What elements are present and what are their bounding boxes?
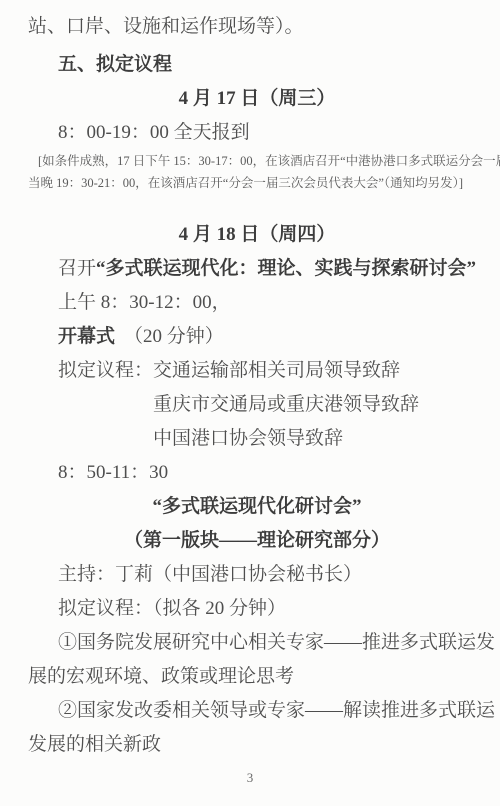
opening-title: 开幕式 bbox=[58, 326, 115, 347]
agenda-label-line: 拟定议程：（拟各 20 分钟） bbox=[28, 592, 486, 626]
opening-agenda-items: 交通运输部相关司局领导致辞 重庆市交通局或重庆港领导致辞 中国港口协会领导致辞 bbox=[153, 354, 486, 456]
agenda-item-2-line-2: 发展的相关新政 bbox=[28, 728, 486, 762]
day1-checkin-line: 8：00-19：00 全天报到 bbox=[28, 116, 486, 150]
agenda-item-2-line-1: ②国家发改委相关领导或专家——解读推进多式联运 bbox=[28, 694, 486, 728]
day1-date-heading: 4 月 17 日（周三） bbox=[28, 82, 486, 116]
day2-date-heading: 4 月 18 日（周四） bbox=[28, 218, 486, 252]
agenda-item-1-line-1: ①国务院发展研究中心相关专家——推进多式联运发 bbox=[28, 626, 486, 660]
agenda-item-1-line-2: 展的宏观环境、政策或理论思考 bbox=[28, 660, 486, 694]
intro-tail-line: 站、口岸、设施和运作现场等）。 bbox=[28, 10, 486, 44]
session-block-heading: （第一版块——理论研究部分） bbox=[28, 524, 486, 558]
day1-note-line-2: 当晚 19：30-21：00，在该酒店召开“分会一届三次会员代表大会”（通知均另… bbox=[28, 172, 486, 194]
opening-agenda-block: 拟定议程： 交通运输部相关司局领导致辞 重庆市交通局或重庆港领导致辞 中国港口协… bbox=[28, 354, 486, 456]
day1-note-line-1: [如条件成熟，17 日下午 15：30-17：00，在该酒店召开“中港协港口多式… bbox=[28, 150, 486, 172]
opening-agenda-item: 重庆市交通局或重庆港领导致辞 bbox=[153, 388, 486, 422]
opening-agenda-item: 交通运输部相关司局领导致辞 bbox=[153, 354, 486, 388]
document-page: 站、口岸、设施和运作现场等）。 五、拟定议程 4 月 17 日（周三） 8：00… bbox=[0, 0, 500, 806]
session-title: “多式联运现代化研讨会” bbox=[28, 490, 486, 524]
section-heading: 五、拟定议程 bbox=[28, 48, 486, 82]
day2-convene-line: 召开“多式联运现代化：理论、实践与探索研讨会” bbox=[28, 252, 486, 286]
session-time-line: 8：50-11：30 bbox=[28, 456, 486, 490]
convene-prefix: 召开 bbox=[58, 258, 96, 279]
host-line: 主持：丁莉（中国港口协会秘书长） bbox=[28, 558, 486, 592]
opening-agenda-label: 拟定议程： bbox=[58, 354, 153, 456]
opening-ceremony-line: 开幕式（20 分钟） bbox=[28, 320, 486, 354]
day2-morning-time: 上午 8：30-12：00， bbox=[28, 286, 486, 320]
convene-title: “多式联运现代化：理论、实践与探索研讨会” bbox=[96, 258, 476, 279]
opening-duration: （20 分钟） bbox=[124, 326, 224, 347]
opening-agenda-item: 中国港口协会领导致辞 bbox=[153, 422, 486, 456]
page-number: 3 bbox=[0, 769, 500, 787]
